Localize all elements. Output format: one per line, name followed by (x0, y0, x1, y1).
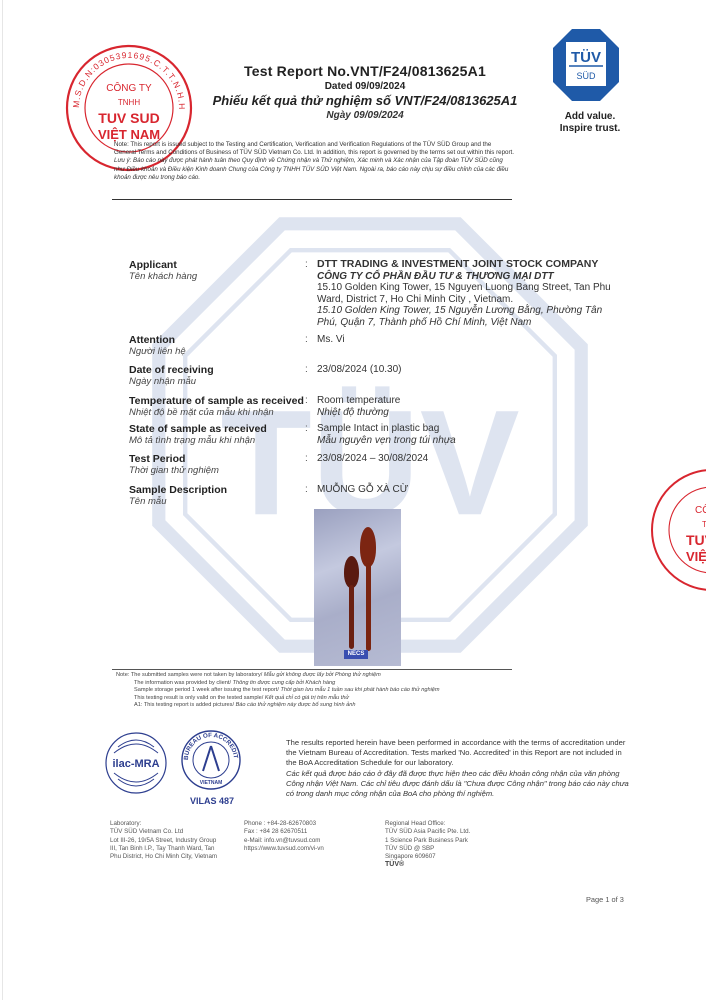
footer-contact: Phone : +84-28-62670803 Fax : +84 28 626… (244, 820, 384, 853)
applicant-address: 15.10 Golden King Tower, 15 Nguyen Luong… (317, 282, 617, 305)
page-number: Page 1 of 3 (586, 895, 624, 904)
small-spoon-handle (349, 585, 354, 649)
hq-line: Singapore 609607 (385, 853, 515, 861)
large-spoon-bowl (360, 527, 376, 567)
slogan-line-1: Add value. (540, 111, 640, 123)
report-title-vn: Phiếu kết quả thử nghiệm số VNT/F24/0813… (160, 93, 570, 108)
divider (112, 669, 512, 670)
svg-text:TNHH: TNHH (702, 520, 706, 529)
tuv-wordmark: TÜV® (385, 861, 515, 869)
temperature-label: Temperature of sample as received (129, 395, 309, 407)
vilas-label: VILAS 487 (186, 796, 238, 806)
fax: Fax : +84 28 62670511 (244, 828, 384, 836)
footer-head-office: Regional Head Office: TÜV SÜD Asia Pacif… (385, 820, 515, 870)
brand-slogan: Add value. Inspire trust. (540, 111, 640, 135)
lab-line: TÜV SÜD Vietnam Co. Ltd (110, 828, 250, 836)
accreditation-statement: The results reported herein have been pe… (286, 738, 630, 799)
sample-tag: NECS (344, 650, 368, 659)
applicant-label-vn: Tên khách hàng (129, 271, 309, 282)
email-link[interactable]: e-Mail: info.vn@tuvsud.com (244, 837, 384, 845)
hq-line: Regional Head Office: (385, 820, 515, 828)
lab-line: Laboratory: (110, 820, 250, 828)
svg-text:VIỆT NAM: VIỆT NAM (686, 549, 706, 564)
state-label: State of sample as received (129, 423, 309, 435)
applicant-company-vn: CÔNG TY CỔ PHẦN ĐẦU TƯ & THƯƠNG MẠI DTT (317, 271, 617, 283)
temperature-value: Room temperature (317, 395, 617, 407)
colon: : (305, 334, 308, 345)
applicant-company: DTT TRADING & INVESTMENT JOINT STOCK COM… (317, 259, 617, 271)
lab-line: Lot III-26, 19/5A Street, Industry Group (110, 837, 250, 845)
attention-value: Ms. Vi (317, 334, 617, 346)
sample-description-label-vn: Tên mẫu (129, 496, 309, 507)
svg-text:VIỆT NAM: VIỆT NAM (98, 127, 160, 142)
colon: : (305, 259, 308, 270)
lab-line: III, Tan Binh I.P., Tay Thanh Ward, Tan (110, 845, 250, 853)
temperature-label-vn: Nhiệt độ bề mặt của mẫu khi nhận (129, 407, 309, 418)
vilas-accreditation-logo-icon: BUREAU OF ACCREDITATION VIETNAM (180, 729, 242, 791)
footer-laboratory: Laboratory: TÜV SÜD Vietnam Co. Ltd Lot … (110, 820, 250, 861)
note-line-4-vn: Kết quả chỉ có giá trị trên mẫu thử (263, 695, 349, 701)
attention-label: Attention (129, 334, 309, 346)
sample-photo: NECS (314, 509, 401, 666)
test-period-value: 23/08/2024 – 30/08/2024 (317, 453, 617, 465)
hq-line: TÜV SÜD Asia Pacific Pte. Ltd. (385, 828, 515, 836)
website-link[interactable]: https://www.tuvsud.com/vi-vn (244, 845, 384, 853)
colon: : (305, 484, 308, 495)
page-edge (2, 0, 3, 1000)
attention-label-vn: Người liên hệ (129, 346, 309, 357)
side-stamp-icon: CÔNG TY TNHH TUV SUD VIỆT NAM (650, 465, 706, 595)
temperature-value-vn: Nhiệt độ thường (317, 407, 617, 419)
small-spoon-bowl (344, 556, 359, 588)
report-date-vn: Ngày 09/09/2024 (200, 110, 530, 121)
report-date: Dated 09/09/2024 (200, 81, 530, 92)
svg-text:CÔNG TY: CÔNG TY (106, 81, 152, 94)
state-value: Sample Intact in plastic bag (317, 423, 617, 435)
lab-line: Phu District, Ho Chi Minh City, Vietnam (110, 853, 250, 861)
large-spoon-handle (366, 563, 371, 651)
svg-text:TNHH: TNHH (118, 98, 140, 107)
svg-text:SÜD: SÜD (576, 71, 596, 81)
test-period-label: Test Period (129, 453, 309, 465)
legal-note: Note: This report is issued subject to t… (114, 141, 514, 182)
svg-text:TUV SUD: TUV SUD (98, 110, 159, 126)
sample-description-value: MUỖNG GỖ XÀ CỪ (317, 484, 617, 496)
legal-note-vn: Lưu ý: Báo cáo này được phát hành tuân t… (114, 157, 514, 182)
accreditation-text-vn: Các kết quả được báo cáo ở đây đã được t… (286, 769, 630, 798)
phone: Phone : +84-28-62670803 (244, 820, 384, 828)
note-line-5: A1: This testing report is added picture… (134, 702, 234, 708)
applicant-address-vn: 15.10 Golden King Tower, 15 Nguyễn Lương… (317, 305, 617, 328)
state-value-vn: Mẫu nguyên vẹn trong túi nhựa (317, 435, 617, 447)
colon: : (305, 423, 308, 434)
date-receiving-label: Date of receiving (129, 364, 309, 376)
report-title: Test Report No.VNT/F24/0813625A1 (200, 63, 530, 79)
sample-notes: Note: The submitted samples were not tak… (116, 672, 536, 710)
date-receiving-label-vn: Ngày nhận mẫu (129, 376, 309, 387)
svg-text:TÜV: TÜV (571, 49, 601, 66)
sample-description-label: Sample Description (129, 484, 309, 496)
svg-text:VIETNAM: VIETNAM (200, 780, 223, 786)
tuv-sud-logo-icon: TÜV SÜD (552, 28, 620, 102)
note-line-1: Note: The submitted samples were not tak… (116, 672, 262, 678)
svg-text:TUV SUD: TUV SUD (686, 532, 706, 548)
divider (112, 199, 512, 200)
colon: : (305, 395, 308, 406)
colon: : (305, 364, 308, 375)
svg-text:ilac-MRA: ilac-MRA (112, 758, 159, 770)
state-label-vn: Mô tả tình trạng mẫu khi nhận (129, 435, 309, 446)
note-line-3: Sample storage period 1 week after issui… (134, 687, 279, 693)
note-line-2: The information was provided by client/ (134, 680, 231, 686)
hq-line: 1 Science Park Business Park (385, 837, 515, 845)
slogan-line-2: Inspire trust. (540, 123, 640, 135)
note-line-5-vn: Báo cáo thử nghiệm này được bổ sung hình… (234, 702, 356, 708)
applicant-label: Applicant (129, 259, 309, 271)
accreditation-text: The results reported herein have been pe… (286, 738, 630, 767)
hq-line: TÜV SÜD @ SBP (385, 845, 515, 853)
note-line-4: This testing result is only valid on the… (134, 695, 263, 701)
svg-text:CÔNG TY: CÔNG TY (695, 503, 706, 516)
date-receiving-value: 23/08/2024 (10.30) (317, 364, 617, 376)
note-line-1-vn: Mẫu gửi không được lấy bởi Phòng thử ngh… (262, 672, 380, 678)
note-line-3-vn: Thời gian lưu mẫu 1 tuần sau khi phát hà… (279, 687, 440, 693)
test-period-label-vn: Thời gian thử nghiệm (129, 465, 309, 476)
note-line-2-vn: Thông tin được cung cấp bởi Khách hàng (231, 680, 335, 686)
ilac-mra-logo-icon: ilac-MRA (104, 731, 168, 795)
svg-text:BUREAU OF ACCREDITATION: BUREAU OF ACCREDITATION (180, 729, 239, 760)
colon: : (305, 453, 308, 464)
legal-note-en: Note: This report is issued subject to t… (114, 141, 514, 157)
